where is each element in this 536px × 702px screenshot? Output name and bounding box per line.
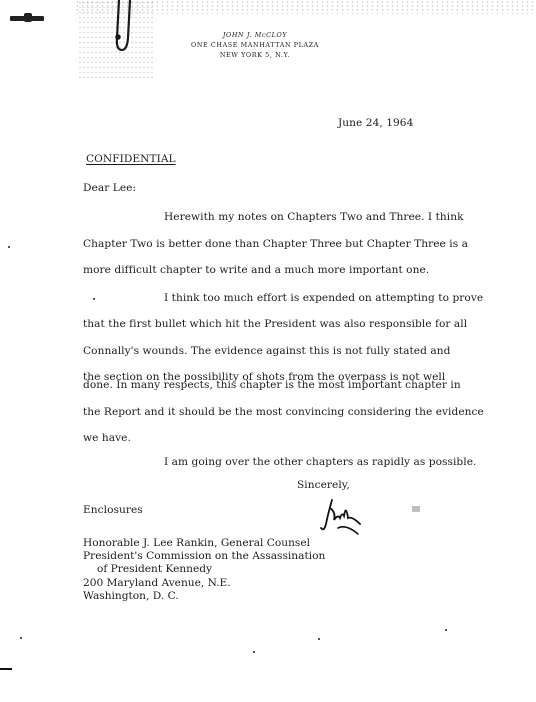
recipient-line-3: of President Kennedy	[83, 563, 325, 576]
scan-speck	[93, 298, 95, 300]
paragraph-2-line-6: the Report and it should be the most con…	[83, 406, 484, 418]
paragraph-2-line-7: we have.	[83, 432, 131, 444]
salutation: Dear Lee:	[83, 182, 136, 194]
letterhead: JOHN J. McCLOY ONE CHASE MANHATTAN PLAZA…	[180, 30, 330, 60]
classification-label: CONFIDENTIAL	[86, 153, 176, 165]
signature-icon	[318, 494, 378, 540]
staple-mark-icon	[10, 16, 44, 21]
paragraph-2-line-3: Connally's wounds. The evidence against …	[83, 345, 450, 357]
edge-mark-line	[0, 668, 12, 670]
scan-speck	[412, 506, 420, 512]
scan-speck	[445, 629, 447, 631]
paperclip-icon	[112, 0, 142, 56]
paragraph-2-line-2: that the first bullet which hit the Pres…	[83, 318, 467, 330]
scan-speck	[318, 638, 320, 640]
recipient-line-5: Washington, D. C.	[83, 590, 325, 603]
paragraph-1-line-1: Herewith my notes on Chapters Two and Th…	[164, 211, 464, 223]
recipient-address: Honorable J. Lee Rankin, General Counsel…	[83, 537, 325, 603]
closing: Sincerely,	[297, 479, 350, 491]
recipient-line-2: President's Commission on the Assassinat…	[83, 550, 325, 563]
letterhead-address-2: NEW YORK 5, N.Y.	[180, 50, 330, 60]
letter-date: June 24, 1964	[338, 117, 413, 129]
recipient-line-4: 200 Maryland Avenue, N.E.	[83, 577, 325, 590]
paragraph-1-line-2: Chapter Two is better done than Chapter …	[83, 238, 468, 250]
paragraph-2-line-5: done. In many respects, this chapter is …	[83, 379, 461, 391]
letter-page: JOHN J. McCLOY ONE CHASE MANHATTAN PLAZA…	[0, 0, 536, 702]
scan-speck	[253, 651, 255, 653]
letterhead-address-1: ONE CHASE MANHATTAN PLAZA	[180, 40, 330, 50]
scan-speck	[8, 246, 10, 248]
paragraph-1-line-3: more difficult chapter to write and a mu…	[83, 264, 429, 276]
scan-speck	[20, 637, 22, 639]
enclosures-note: Enclosures	[83, 504, 143, 516]
letterhead-name: JOHN J. McCLOY	[180, 30, 330, 40]
recipient-line-1: Honorable J. Lee Rankin, General Counsel	[83, 537, 325, 550]
paragraph-3-line-1: I am going over the other chapters as ra…	[164, 456, 476, 468]
paragraph-2-line-1: I think too much effort is expended on a…	[164, 292, 483, 304]
